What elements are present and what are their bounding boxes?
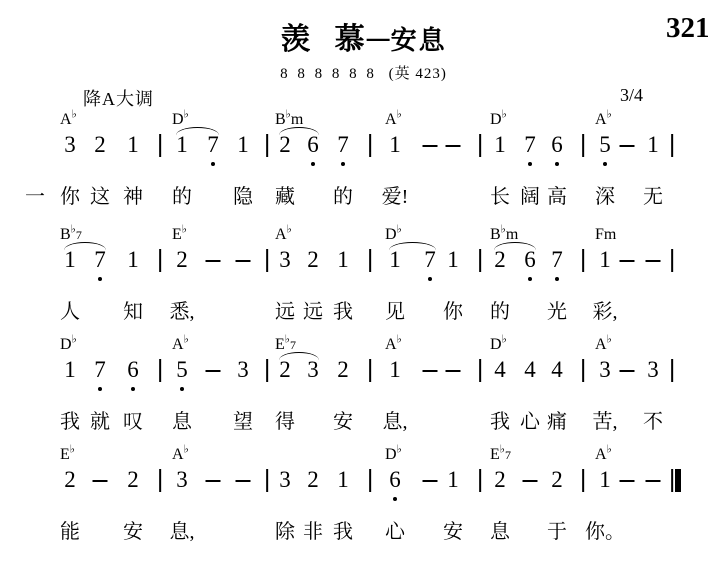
chord-root: D [490,336,502,353]
music-system-3: D♭A♭E♭7A♭D♭A♭1我7就6叹5息3望2得32安1息,4我4心4痛3苦,… [0,337,727,437]
note-number: 1 [64,357,76,382]
dash-note [206,480,221,482]
note-number: 3 [176,467,188,492]
lyric-syllable: 除 [275,521,295,543]
bar-line [266,134,268,157]
note-number: 3 [647,357,659,382]
chord-suffix: 7 [290,338,296,352]
note-number: 1 [447,247,459,272]
title-subtitle: 安息 [391,25,447,55]
chord-symbol: D♭ [490,112,507,128]
flat-sign: ♭ [72,109,77,121]
flat-sign: ♭ [184,109,189,121]
chord-root: D [385,446,397,463]
chord-suffix: 7 [76,228,82,242]
dash-note [423,370,438,372]
bar-line [159,134,161,157]
lyric-syllable: 安 [333,411,353,433]
final-bar-thick [675,469,681,492]
dash-note [620,260,635,262]
dash-note [206,370,221,372]
flat-sign: ♭ [397,444,402,456]
note-number: 4 [494,357,506,382]
chord-root: E [172,226,182,243]
note-number: 2 [337,357,349,382]
note-number: 6 [524,247,536,272]
chord-symbol: D♭ [385,447,402,463]
note-number: 5 [599,132,611,157]
lyric-syllable: 爱! [382,186,409,208]
lyric-syllable: 息, [383,411,408,433]
octave-dot [555,162,559,166]
note-number: 2 [279,357,291,382]
chord-symbol: E♭ [60,447,75,463]
note-number: 7 [94,247,106,272]
chord-symbol: E♭ [172,227,187,243]
chord-root: B [60,226,71,243]
note-number: 2 [94,132,106,157]
chord-root: B [275,111,286,128]
lyric-syllable: 我 [490,411,510,433]
music-system-1: A♭D♭B♭mA♭D♭A♭3你2这1神1的71隐2藏67的1爱!1长7阔6高5深… [0,112,727,212]
note-number: 6 [551,132,563,157]
lyric-syllable: 能 [60,521,80,543]
verse-number: 一 [25,186,45,208]
lyric-syllable: 无 [643,186,663,208]
chord-symbol: D♭ [490,337,507,353]
chord-root: F [595,226,604,243]
note-number: 2 [307,247,319,272]
note-number: 7 [424,247,436,272]
lyric-syllable: 你 [60,186,80,208]
bar-line [582,359,584,382]
note-number: 3 [307,357,319,382]
flat-sign: ♭ [397,224,402,236]
chord-root: A [595,336,607,353]
note-number: 2 [176,247,188,272]
flat-sign: ♭ [607,109,612,121]
flat-sign: ♭ [607,444,612,456]
dash-note [446,370,461,372]
octave-dot [341,162,345,166]
music-system-4: E♭A♭D♭E♭7A♭2能2安3息,3除2非1我6心1安2息2于1你。 [0,447,727,547]
dash-note [523,480,538,482]
lyric-syllable: 望 [233,411,253,433]
chord-symbol: A♭ [595,112,612,128]
chord-symbol: A♭ [172,337,189,353]
dash-note [206,260,221,262]
note-number: 6 [389,467,401,492]
bar-line [266,249,268,272]
chord-symbol: A♭ [172,447,189,463]
note-number: 6 [127,357,139,382]
lyric-syllable: 息 [490,521,510,543]
note-number: 1 [389,132,401,157]
lyric-syllable: 心 [385,521,405,543]
lyric-syllable: 安 [123,521,143,543]
octave-dot [98,387,102,391]
note-number: 4 [524,357,536,382]
note-number: 1 [237,132,249,157]
note-number: 3 [64,132,76,157]
flat-sign: ♭ [287,224,292,236]
note-number: 3 [279,247,291,272]
flat-sign: ♭ [502,109,507,121]
chord-symbol: Fm [595,227,616,243]
note-number: 2 [494,467,506,492]
note-number: 1 [494,132,506,157]
octave-dot [428,277,432,281]
lyric-syllable: 神 [123,186,143,208]
chord-symbol: D♭ [172,112,189,128]
chord-root: D [60,336,72,353]
dash-note [236,480,251,482]
chord-root: A [172,446,184,463]
dash-note [646,480,661,482]
title-main: 羡 慕 [280,23,365,56]
note-number: 7 [524,132,536,157]
chord-suffix: m [604,226,616,243]
chord-symbol: E♭7 [490,447,511,463]
lyric-syllable: 远 [303,301,323,323]
chord-root: A [172,336,184,353]
note-number: 2 [64,467,76,492]
chord-root: D [490,111,502,128]
final-bar-thin [671,469,673,492]
bar-line [671,134,673,157]
dash-note [620,480,635,482]
flat-sign: ♭ [502,334,507,346]
lyric-syllable: 你。 [585,521,625,543]
note-number: 7 [337,132,349,157]
chord-root: B [490,226,501,243]
chord-symbol: A♭ [60,112,77,128]
chord-root: A [595,111,607,128]
page-title: 羡 慕—安息 [0,14,727,58]
meter-row: 8 8 8 8 8 8 (英 423) [0,62,727,83]
note-number: 4 [551,357,563,382]
note-number: 3 [599,357,611,382]
lyric-syllable: 我 [333,521,353,543]
note-number: 1 [127,132,139,157]
lyric-syllable: 长 [490,186,510,208]
lyric-syllable: 息 [172,411,192,433]
lyric-syllable: 我 [333,301,353,323]
bar-line [159,359,161,382]
lyric-syllable: 高 [547,186,567,208]
note-number: 7 [207,132,219,157]
lyric-syllable: 息, [170,521,195,543]
lyric-syllable: 光 [547,301,567,323]
dash-note [93,480,108,482]
bar-line [671,359,673,382]
lyric-syllable: 人 [60,301,80,323]
lyric-syllable: 我 [60,411,80,433]
flat-sign: ♭ [182,224,187,236]
lyric-syllable: 这 [90,186,110,208]
chord-root: D [172,111,184,128]
chord-root: A [275,226,287,243]
chord-root: A [60,111,72,128]
chord-symbol: A♭ [275,227,292,243]
bar-line [159,469,161,492]
lyric-syllable: 彩, [593,301,618,323]
octave-dot [311,162,315,166]
hymn-sheet: 321 羡 慕—安息 8 8 8 8 8 8 (英 423) 降A大调 3/4 … [0,0,727,571]
bar-line [582,469,584,492]
lyric-syllable: 藏 [275,186,295,208]
chord-root: A [385,336,397,353]
lyric-syllable: 的 [490,301,510,323]
note-number: 3 [237,357,249,382]
title-dash: — [367,25,390,51]
chord-symbol: B♭m [275,112,303,128]
chord-symbol: D♭ [385,227,402,243]
dash-note [423,145,438,147]
flat-sign: ♭ [184,444,189,456]
lyric-syllable: 悉, [170,301,195,323]
note-number: 2 [279,132,291,157]
octave-dot [131,387,135,391]
bar-line [479,134,481,157]
octave-dot [555,277,559,281]
chord-root: E [60,446,70,463]
bar-line [582,249,584,272]
chord-root: E [275,336,285,353]
note-number: 6 [307,132,319,157]
flat-sign: ♭ [607,334,612,346]
flat-sign: ♭ [397,334,402,346]
bar-line [479,249,481,272]
chord-root: E [490,446,500,463]
lyric-syllable: 安 [443,521,463,543]
octave-dot [603,162,607,166]
octave-dot [180,387,184,391]
note-number: 7 [94,357,106,382]
chord-symbol: A♭ [385,112,402,128]
octave-dot [393,497,397,501]
note-number: 1 [337,247,349,272]
lyric-syllable: 见 [385,301,405,323]
lyric-syllable: 非 [303,521,323,543]
lyric-syllable: 隐 [233,186,253,208]
note-number: 1 [64,247,76,272]
note-number: 7 [551,247,563,272]
chord-symbol: A♭ [385,337,402,353]
flat-sign: ♭ [397,109,402,121]
octave-dot [211,162,215,166]
bar-line [266,359,268,382]
lyric-syllable: 得 [275,411,295,433]
lyric-syllable: 苦, [593,411,618,433]
bar-line [369,469,371,492]
chord-suffix: m [506,226,518,243]
chord-root: D [385,226,397,243]
dash-note [620,370,635,372]
bar-line [369,359,371,382]
chord-symbol: A♭ [595,337,612,353]
chord-suffix: m [291,111,303,128]
key-signature: 降A大调 [83,85,154,111]
chord-symbol: A♭ [595,447,612,463]
chord-suffix: 7 [505,448,511,462]
lyric-syllable: 知 [123,301,143,323]
note-number: 1 [176,132,188,157]
meter-reference: (英 423) [389,66,447,82]
lyric-syllable: 于 [547,521,567,543]
chord-root: A [595,446,607,463]
lyric-syllable: 的 [333,186,353,208]
note-number: 1 [337,467,349,492]
note-number: 1 [447,467,459,492]
lyric-syllable: 的 [172,186,192,208]
bar-line [159,249,161,272]
dash-note [446,145,461,147]
lyric-syllable: 不 [643,411,663,433]
lyric-syllable: 阔 [520,186,540,208]
note-number: 2 [127,467,139,492]
lyric-syllable: 痛 [547,411,567,433]
chord-symbol: D♭ [60,337,77,353]
lyric-syllable: 你 [443,301,463,323]
time-signature: 3/4 [620,85,643,106]
bar-line [479,359,481,382]
lyric-syllable: 心 [520,411,540,433]
flat-sign: ♭ [70,444,75,456]
dash-note [620,145,635,147]
bar-line [369,249,371,272]
note-number: 1 [599,247,611,272]
dash-note [423,480,438,482]
chord-root: A [385,111,397,128]
flat-sign: ♭ [184,334,189,346]
chord-symbol: B♭m [490,227,518,243]
bar-line [479,469,481,492]
octave-dot [98,277,102,281]
dash-note [646,260,661,262]
chord-symbol: B♭7 [60,227,82,243]
bar-line [369,134,371,157]
lyric-syllable: 远 [275,301,295,323]
note-number: 1 [647,132,659,157]
lyric-syllable: 叹 [123,411,143,433]
note-number: 1 [389,357,401,382]
note-number: 1 [599,467,611,492]
chord-symbol: E♭7 [275,337,296,353]
note-number: 5 [176,357,188,382]
note-number: 2 [551,467,563,492]
note-number: 1 [389,247,401,272]
note-number: 3 [279,467,291,492]
note-number: 2 [307,467,319,492]
bar-line [671,249,673,272]
flat-sign: ♭ [72,334,77,346]
octave-dot [528,162,532,166]
lyric-syllable: 深 [595,186,615,208]
octave-dot [528,277,532,281]
bar-line [266,469,268,492]
meter: 8 8 8 8 8 8 [280,66,377,82]
note-number: 1 [127,247,139,272]
note-number: 2 [494,247,506,272]
music-system-2: B♭7E♭A♭D♭B♭mFm1人71知2悉,3远2远1我1见71你2的67光1彩… [0,227,727,327]
lyric-syllable: 就 [90,411,110,433]
dash-note [236,260,251,262]
bar-line [582,134,584,157]
